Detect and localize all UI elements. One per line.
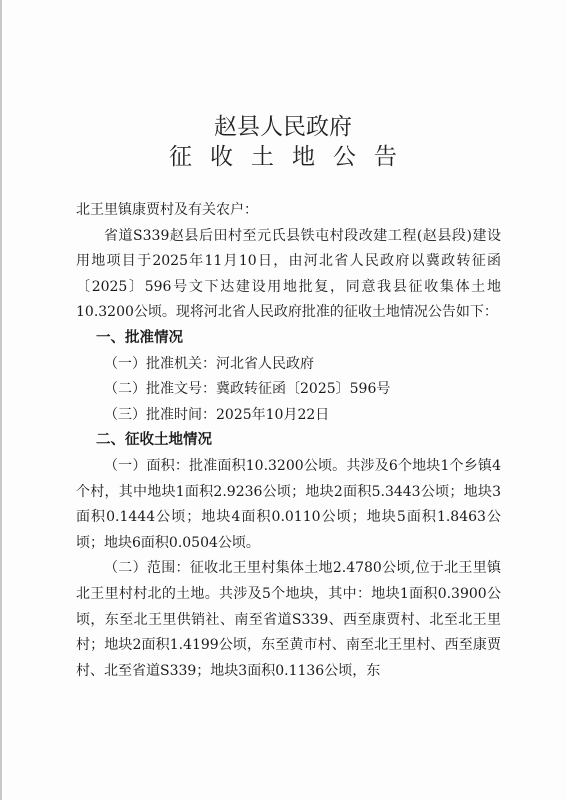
land-scope-paragraph: （二）范围：征收北王里村集体土地2.4780公顷,位于北王里镇北王里村村北的土地… — [76, 556, 501, 684]
section-heading-land: 二、征收土地情况 — [76, 428, 501, 454]
land-area-paragraph: （一）面积：批准面积10.3200公顷。共涉及6个地块1个乡镇4个村，其中地块1… — [76, 454, 501, 556]
document-body: 北王里镇康贾村及有关农户： 省道S339赵县后田村至元氏县铁屯村段改建工程(赵县… — [76, 198, 501, 684]
approval-authority: （一）批准机关：河北省人民政府 — [76, 352, 501, 378]
intro-paragraph: 省道S339赵县后田村至元氏县铁屯村段改建工程(赵县段)建设用地项目于2025年… — [76, 224, 501, 326]
approval-date: （三）批准时间：2025年10月22日 — [76, 403, 501, 429]
approval-document-number: （二）批准文号：冀政转征函〔2025〕596号 — [76, 377, 501, 403]
document-title: 征收土地公告 — [0, 138, 566, 171]
salutation: 北王里镇康贾村及有关农户： — [76, 198, 501, 224]
section-heading-approval: 一、批准情况 — [76, 326, 501, 352]
issuer-title: 赵县人民政府 — [0, 108, 566, 141]
